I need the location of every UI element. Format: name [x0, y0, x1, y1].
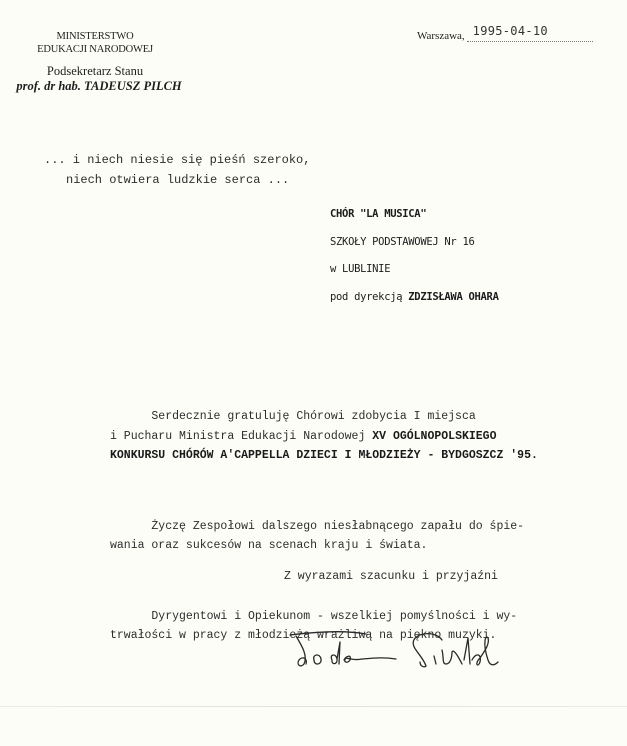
motto: ... i niech niesie się pieśń szeroko,nie…: [44, 150, 310, 190]
paragraph-wishes-choir: Życzę Zespołowi dalszego niesłabnącego z…: [110, 517, 538, 556]
p1-line2-plain: i Pucharu Ministra Edukacji Narodowej: [110, 430, 372, 443]
p2-line1: Życzę Zespołowi dalszego niesłabnącego z…: [110, 520, 524, 533]
ministry-name-line1: MINISTERSTWO: [0, 30, 190, 43]
p1-line2-bold: XV OGÓLNOPOLSKIEGO: [372, 430, 496, 443]
sender-name: prof. dr hab. TADEUSZ PILCH: [8, 79, 190, 94]
p1-line1: Serdecznie gratuluję Chórowi zdobycia I …: [110, 410, 476, 423]
recipient-director-prefix: pod dyrekcją: [330, 291, 408, 303]
signature-icon: [284, 620, 524, 680]
place-label: Warszawa,: [417, 30, 465, 42]
ministry-name-line2: EDUKACJI NARODOWEJ: [0, 43, 190, 56]
signature: [284, 620, 524, 680]
letterhead: MINISTERSTWO EDUKACJI NARODOWEJ Podsekre…: [0, 30, 190, 94]
paragraph-congratulations: Serdecznie gratuluję Chórowi zdobycia I …: [110, 407, 538, 466]
recipient-city: w LUBLINIE: [330, 256, 499, 284]
p1-line3-bold: KONKURSU CHÓRÓW A'CAPPELLA DZIECI I MŁOD…: [110, 449, 538, 462]
dateline: Warszawa,1995-04-10: [417, 28, 593, 42]
recipient-choir-name: CHÓR "LA MUSICA": [330, 208, 426, 220]
motto-line-1: ... i niech niesie się pieśń szeroko,: [44, 150, 310, 170]
recipient-address: CHÓR "LA MUSICA" SZKOŁY PODSTAWOWEJ Nr 1…: [330, 201, 499, 311]
p2-line2: wania oraz sukcesów na scenach kraju i ś…: [110, 539, 427, 552]
closing-salutation: Z wyrazami szacunku i przyjaźni: [284, 570, 498, 583]
recipient-school: SZKOŁY PODSTAWOWEJ Nr 16: [330, 229, 499, 257]
recipient-director-name: ZDZISŁAWA OHARA: [408, 291, 498, 303]
motto-line-2: niech otwiera ludzkie serca ...: [44, 170, 310, 190]
office-title: Podsekretarz Stanu: [0, 64, 190, 79]
date-value: 1995-04-10: [467, 24, 593, 38]
letter-page: MINISTERSTWO EDUKACJI NARODOWEJ Podsekre…: [0, 0, 627, 746]
fold-line: [0, 706, 627, 707]
